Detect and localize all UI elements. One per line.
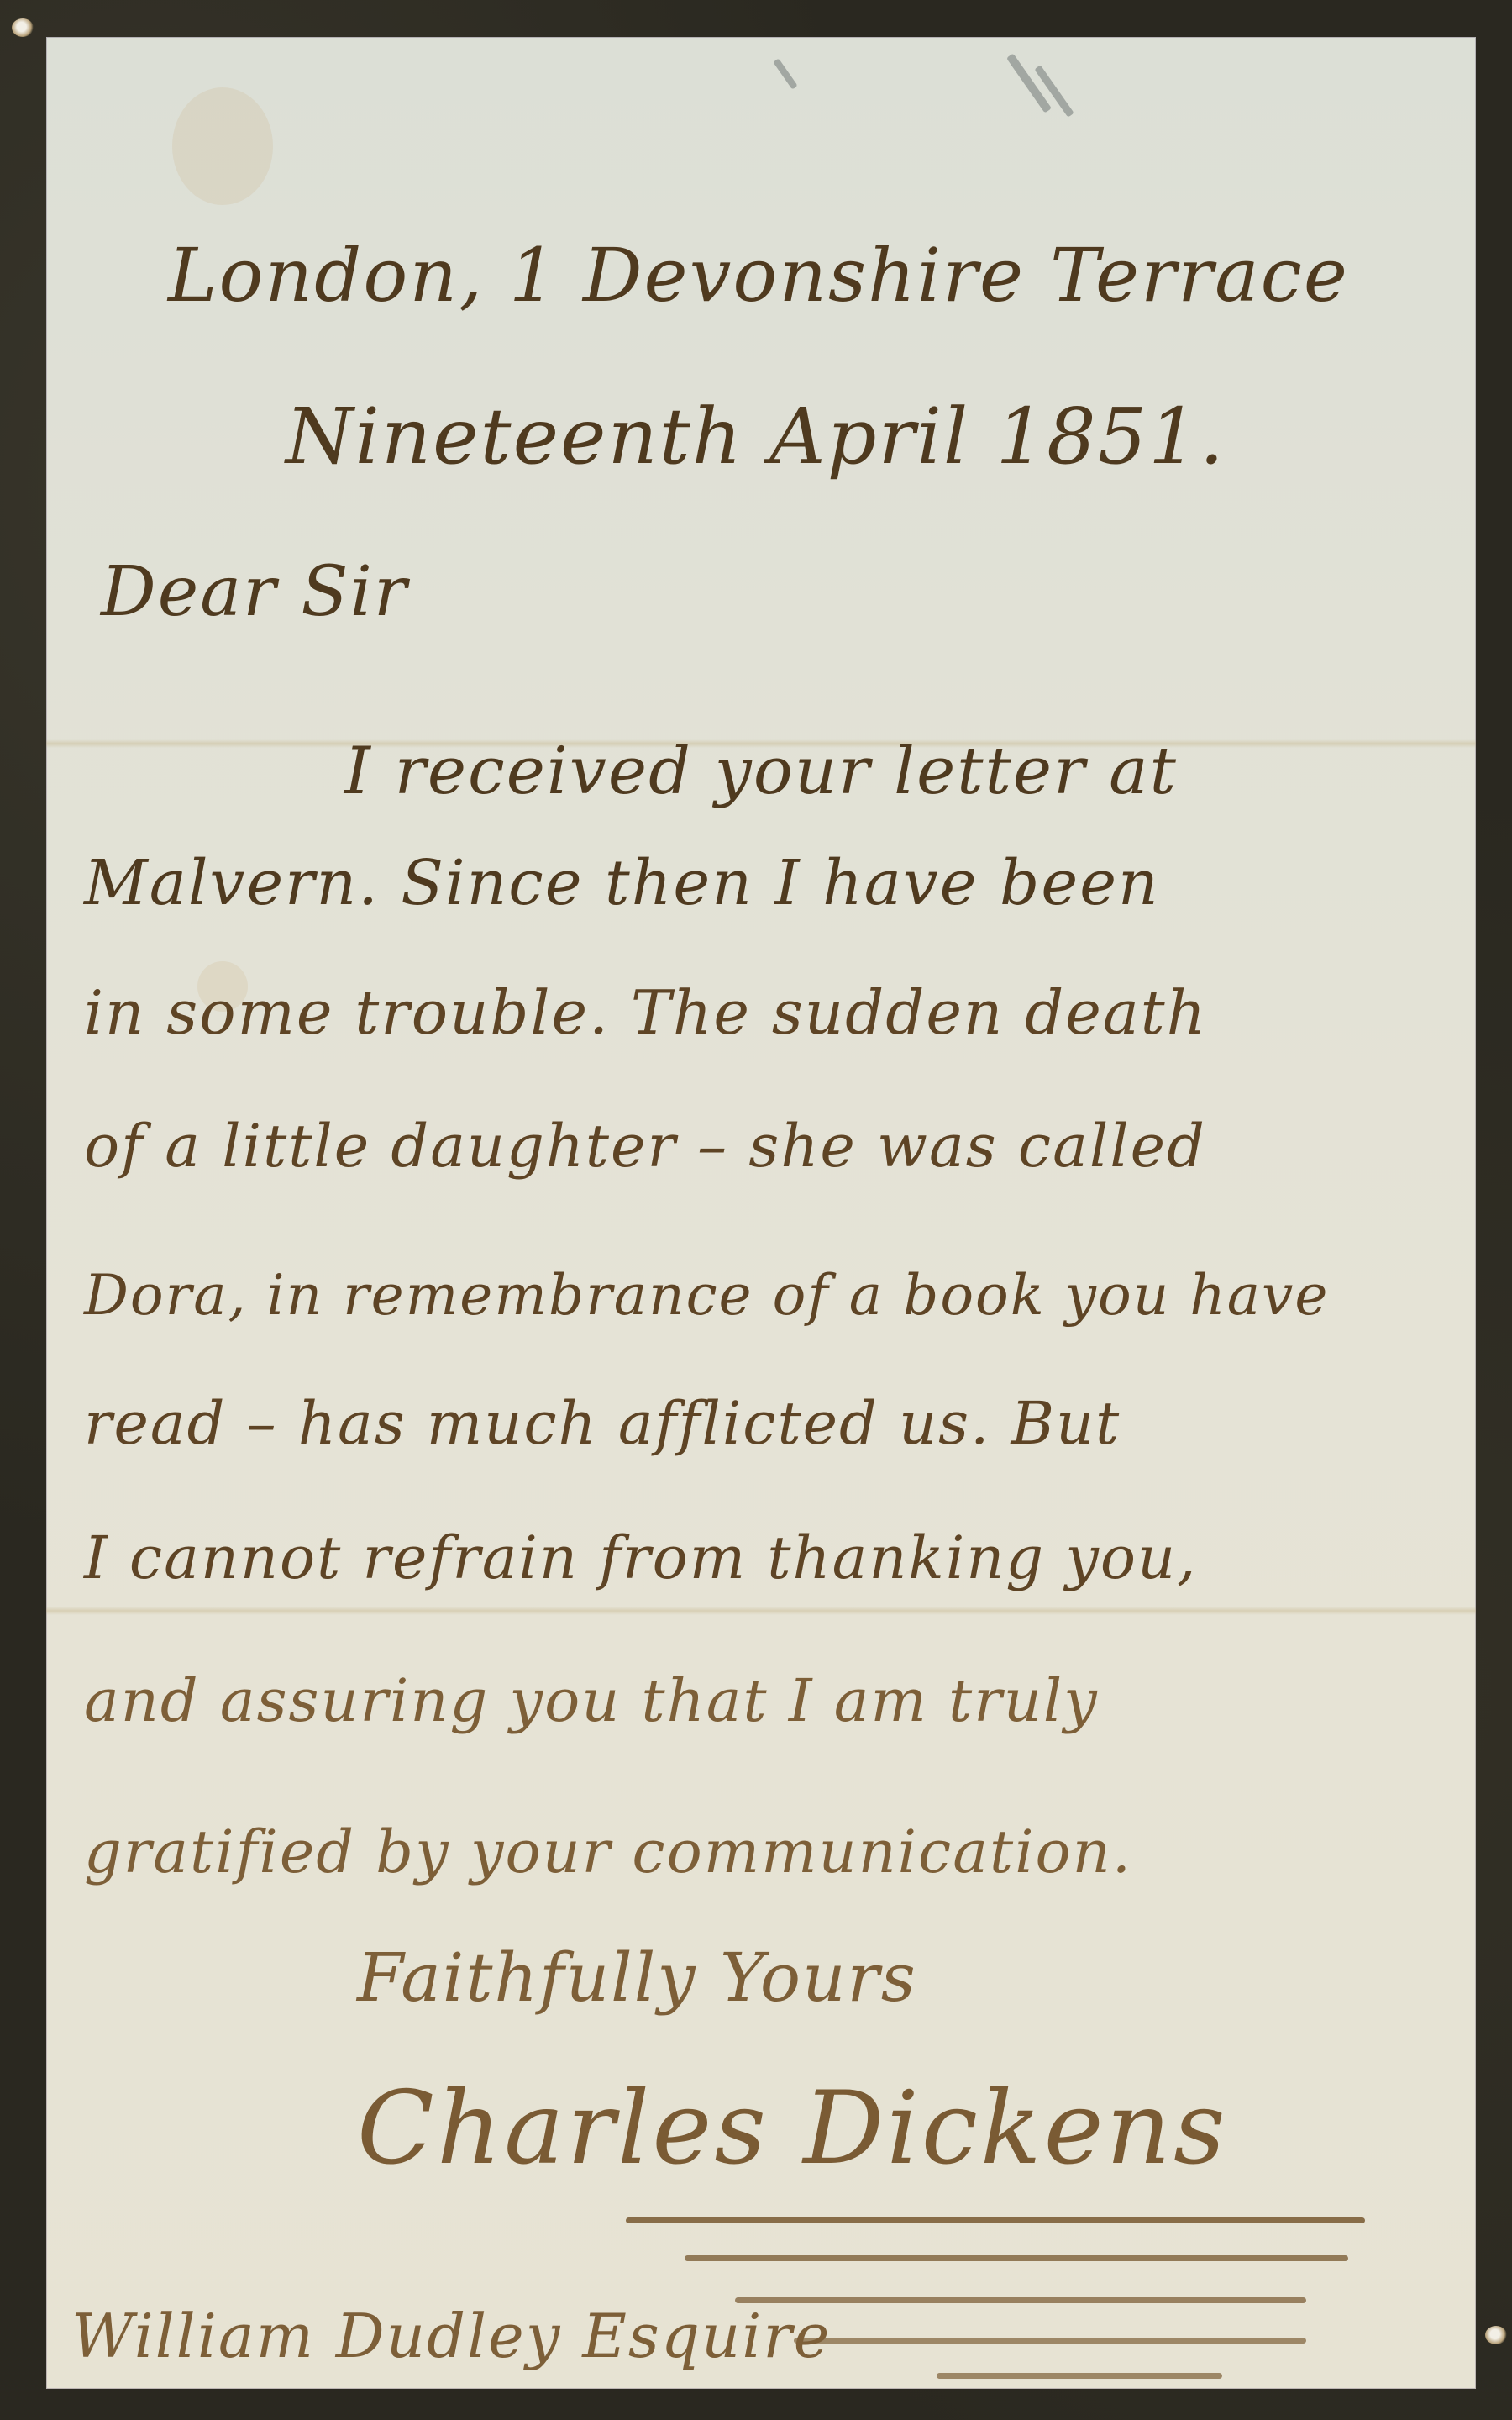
letter-paper: London, 1 Devonshire Terrace Nineteenth … <box>46 37 1476 2389</box>
pin-hole-top-left <box>12 18 34 37</box>
body-line: I cannot refrain from thanking you, <box>84 1528 1197 1587</box>
body-line: read – has much afflicted us. But <box>84 1394 1121 1453</box>
body-line: and assuring you that I am truly <box>84 1671 1099 1730</box>
signature-flourish <box>626 2217 1365 2223</box>
fold-line-lower <box>46 1607 1476 1615</box>
signature-flourish <box>937 2373 1222 2379</box>
letter-address: London, 1 Devonshire Terrace <box>168 239 1349 313</box>
signature-flourish <box>794 2338 1306 2344</box>
body-line: I received your letter at <box>344 739 1178 804</box>
paper-stain <box>172 87 273 205</box>
body-line: Malvern. Since then I have been <box>84 852 1160 914</box>
body-line: of a little daughter – she was called <box>84 1117 1206 1176</box>
body-line: Dora, in remembrance of a book you have <box>84 1268 1329 1323</box>
letter-date: Nineteenth April 1851. <box>286 398 1226 476</box>
body-line: in some trouble. The sudden death <box>84 982 1207 1043</box>
pin-hole-bottom-right <box>1485 2326 1507 2344</box>
signature: Charles Dickens <box>357 2079 1228 2180</box>
ink-blot <box>773 58 797 89</box>
letter-closing: Faithfully Yours <box>357 1944 917 2012</box>
signature-flourish <box>685 2255 1348 2261</box>
letter-salutation: Dear Sir <box>101 558 408 627</box>
body-line: gratified by your communication. <box>84 1823 1132 1881</box>
recipient-name: William Dudley Esquire <box>71 2306 831 2366</box>
